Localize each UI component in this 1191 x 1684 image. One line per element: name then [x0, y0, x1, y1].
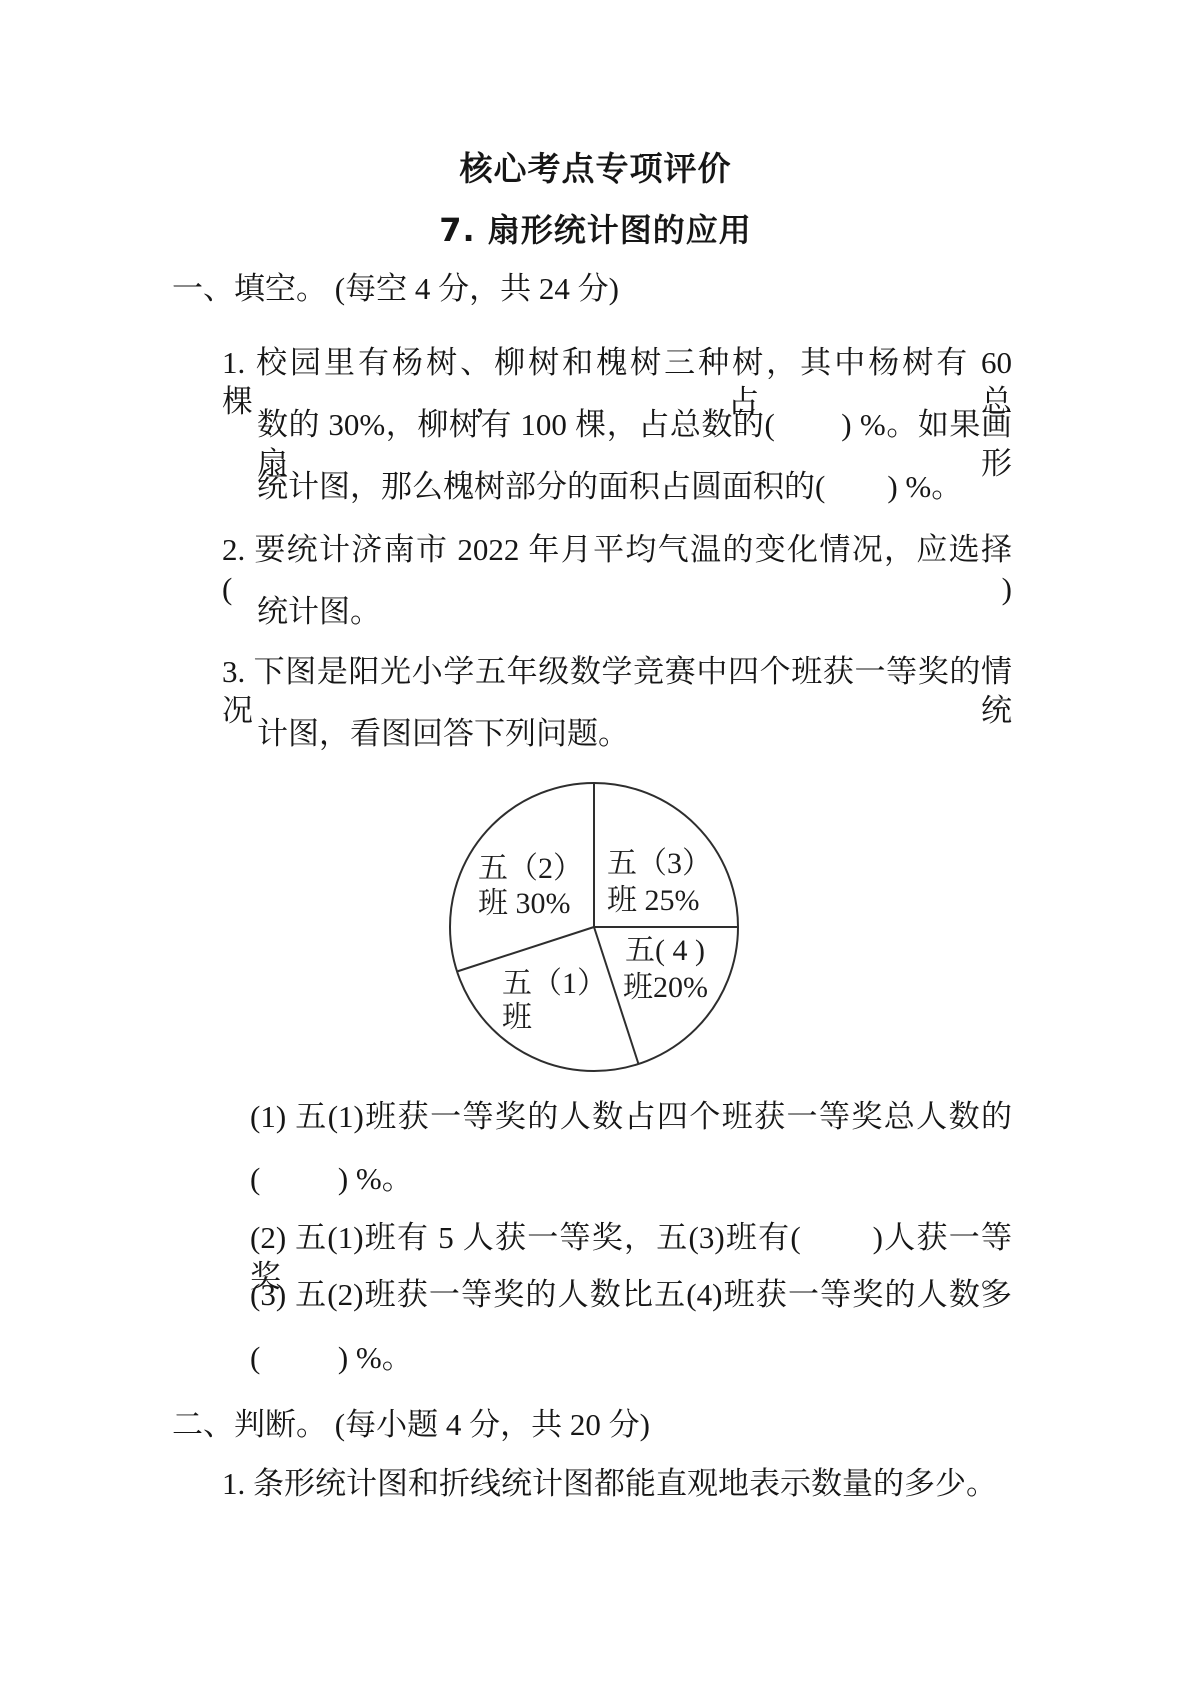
pie-label-class2-pct: 班 30%	[478, 887, 571, 920]
q3-sub1-blank: ( ) %。	[250, 1160, 413, 1199]
pie-chart-figure: 五（2） 班 30% 五（3） 班 25% 五( 4 ) 班20% 五（1） 班	[440, 772, 760, 1084]
worksheet-page: 核心考点专项评价 7. 扇形统计图的应用 一、填空。 (每空 4 分，共 24 …	[0, 0, 1191, 1684]
pie-label-class3-name: 五（3）	[607, 847, 712, 880]
pie-label-class4-pct: 班20%	[623, 971, 708, 1004]
pie-label-class1-name: 五（1）	[502, 967, 607, 1000]
pie-divider-line	[457, 927, 594, 972]
q1-line-3: 统计图，那么槐树部分的面积占圆面积的( ) %。	[257, 468, 962, 507]
q3-sub3-blank: ( ) %。	[250, 1339, 413, 1378]
q2-line-2: 统计图。	[257, 593, 381, 632]
pie-label-class3-pct: 班 25%	[607, 884, 700, 917]
section-2-heading: 二、判断。 (每小题 4 分，共 20 分)	[172, 1406, 650, 1445]
q3-line-2: 计图，看图回答下列问题。	[257, 715, 629, 754]
judge-q1: 1. 条形统计图和折线统计图都能直观地表示数量的多少。	[222, 1465, 997, 1504]
page-subtitle: 7. 扇形统计图的应用	[0, 210, 1191, 250]
section-1-heading: 一、填空。 (每空 4 分，共 24 分)	[172, 270, 619, 309]
q3-sub1-line-1: (1) 五(1)班获一等奖的人数占四个班获一等奖总人数的	[250, 1098, 1012, 1137]
pie-label-class2-name: 五（2）	[478, 852, 583, 885]
pie-label-class1-suffix: 班	[502, 1001, 532, 1034]
pie-label-class4-name: 五( 4 )	[625, 934, 705, 967]
q3-sub3-line-1: (3) 五(2)班获一等奖的人数比五(4)班获一等奖的人数多	[250, 1276, 1012, 1315]
page-title: 核心考点专项评价	[0, 148, 1191, 189]
